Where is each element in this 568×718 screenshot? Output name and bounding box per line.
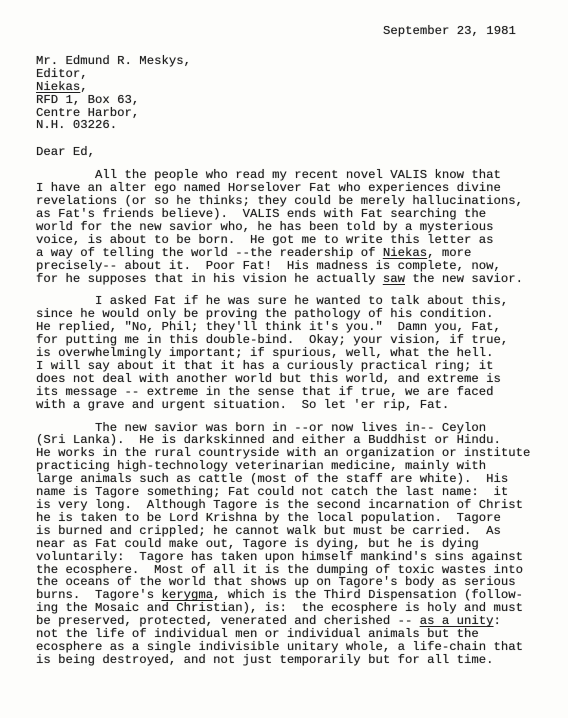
text-segment: N.H. 03226. <box>36 118 117 132</box>
text-segment: revelations (or so he thinks; they could… <box>36 194 523 208</box>
text-segment: name is Tagore something; Fat could not … <box>36 485 508 499</box>
text-segment: precisely-- about it. Poor Fat! His madn… <box>36 259 501 273</box>
text-segment: for putting me in this double-bind. Okay… <box>36 333 508 347</box>
recipient-line: Mr. Edmund R. Meskys, <box>36 55 568 68</box>
text-segment: , <box>80 80 87 94</box>
letter-line: is being destroyed, and not just tempora… <box>36 654 568 667</box>
text-segment: a way of telling the world --the readers… <box>36 246 383 260</box>
letter-line: for he supposes that in his vision he ac… <box>36 273 568 286</box>
text-segment: I have an alter ego named Horselover Fat… <box>36 181 501 195</box>
recipient-address: Mr. Edmund R. Meskys,Editor,Niekas,RFD 1… <box>36 55 568 132</box>
text-segment: with a grave and urgent situation. So le… <box>36 398 449 412</box>
underlined-text: saw <box>383 272 405 286</box>
text-segment: All the people who read my recent novel … <box>36 168 501 182</box>
text-segment: The new savior was born in --or now live… <box>36 421 486 435</box>
text-segment: Mr. Edmund R. Meskys, <box>36 54 191 68</box>
text-segment: is overwhelmingly important; if spurious… <box>36 346 494 360</box>
salutation: Dear Ed, <box>36 146 568 159</box>
text-segment: (Sri Lanka). He is darkskinned and eithe… <box>36 433 501 447</box>
letter-line: with a grave and urgent situation. So le… <box>36 399 568 412</box>
text-segment: burns. Tagore's <box>36 588 161 602</box>
text-segment: is very long. Although Tagore is the sec… <box>36 498 523 512</box>
underlined-text: Niekas <box>36 80 80 94</box>
text-segment: near as Fat could make out, Tagore is dy… <box>36 537 479 551</box>
paragraph: The new savior was born in --or now live… <box>36 422 568 667</box>
text-segment: he is taken to be Lord Krishna by the lo… <box>36 511 501 525</box>
text-segment: He works in the rural countryside with a… <box>36 446 530 460</box>
text-segment: not the life of individual men or indivi… <box>36 627 479 641</box>
paragraph: All the people who read my recent novel … <box>36 169 568 285</box>
text-segment: , more <box>427 246 471 260</box>
letter-body: All the people who read my recent novel … <box>36 169 568 667</box>
text-segment: : <box>494 614 501 628</box>
text-segment: Editor, <box>36 67 88 81</box>
text-segment: ecosphere as a single indivisible unitar… <box>36 640 523 654</box>
text-segment: as Fat's friends believe). VALIS ends wi… <box>36 207 486 221</box>
text-segment: world for the new savior who, he has bee… <box>36 220 494 234</box>
text-segment: be preserved, protected, venerated and c… <box>36 614 420 628</box>
underlined-text: as a unity <box>420 614 494 628</box>
paragraph: I asked Fat if he was sure he wanted to … <box>36 295 568 411</box>
text-segment: its message -- extreme in the sense that… <box>36 385 494 399</box>
text-segment: is being destroyed, and not just tempora… <box>36 653 494 667</box>
text-segment: the new savior. <box>405 272 523 286</box>
text-segment: practicing high-technology veterinarian … <box>36 459 486 473</box>
recipient-line: Editor, <box>36 68 568 81</box>
letter-page: September 23, 1981 Mr. Edmund R. Meskys,… <box>0 0 568 718</box>
text-segment: RFD 1, Box 63, <box>36 93 139 107</box>
text-segment: voice, is about to be born. He got me to… <box>36 233 494 247</box>
text-segment: for he supposes that in his vision he ac… <box>36 272 383 286</box>
text-segment: Centre Harbor, <box>36 106 139 120</box>
text-segment: I asked Fat if he was sure he wanted to … <box>36 294 508 308</box>
text-segment: He replied, "No, Phil; they'll think it'… <box>36 320 501 334</box>
text-segment: the ecosphere. Most of all it is the dum… <box>36 563 523 577</box>
text-segment: , which is the Third Dispensation (follo… <box>213 588 523 602</box>
text-segment: ing the Mosaic and Christian), is: the e… <box>36 601 523 615</box>
text-segment: large animals such as cattle (most of th… <box>36 472 508 486</box>
recipient-line: N.H. 03226. <box>36 119 568 132</box>
underlined-text: Niekas <box>383 246 427 260</box>
text-segment: since he would only be proving the patho… <box>36 307 494 321</box>
text-segment: the oceans of the world that shows up on… <box>36 575 516 589</box>
text-segment: voluntarily: Tagore has taken upon himse… <box>36 550 523 564</box>
text-segment: I will say about it that it has a curiou… <box>36 359 494 373</box>
text-segment: does not deal with another world but thi… <box>36 372 501 386</box>
underlined-text: kerygma <box>161 588 213 602</box>
text-segment: is burned and crippled; he cannot walk b… <box>36 524 501 538</box>
letter-date: September 23, 1981 <box>383 25 568 38</box>
